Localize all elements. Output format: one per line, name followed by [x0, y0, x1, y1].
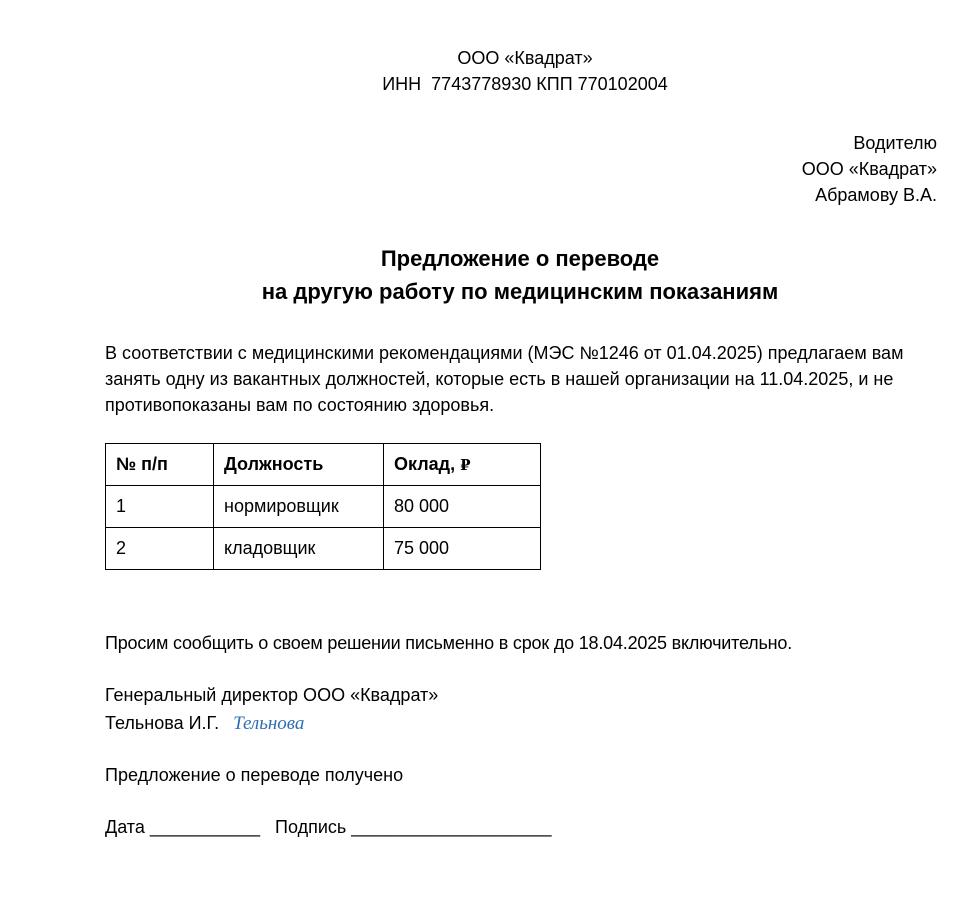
table-row: 2 кладовщик 75 000 — [106, 528, 541, 570]
header-salary-label: Оклад, — [394, 454, 455, 474]
table-row: 1 нормировщик 80 000 — [106, 486, 541, 528]
addressee-company: ООО «Квадрат» — [802, 156, 937, 182]
request-text: Просим сообщить о своем решении письменн… — [105, 630, 792, 656]
sign-label: Подпись — [275, 817, 346, 837]
company-header: ООО «Квадрат» ИНН 7743778930 КПП 7701020… — [0, 45, 973, 97]
addressee-name: Абрамову В.А. — [802, 182, 937, 208]
body-paragraph: В соответствии с медицинскими рекомендац… — [105, 340, 945, 418]
signatory-block: Генеральный директор ООО «Квадрат» Тельн… — [105, 681, 438, 738]
addressee-block: Водителю ООО «Квадрат» Абрамову В.А. — [802, 130, 937, 208]
table-header-row: № п/п Должность Оклад, ₽ — [106, 444, 541, 486]
header-salary: Оклад, ₽ — [384, 444, 541, 486]
vacancies-table: № п/п Должность Оклад, ₽ 1 нормировщик 8… — [105, 443, 541, 570]
company-name: ООО «Квадрат» — [0, 45, 973, 71]
date-blank[interactable]: ___________ — [150, 817, 260, 837]
cell-salary: 75 000 — [384, 528, 541, 570]
cell-position: нормировщик — [214, 486, 384, 528]
title-line-1: Предложение о переводе — [0, 242, 973, 275]
cell-salary: 80 000 — [384, 486, 541, 528]
handwritten-signature: Тельнова — [233, 713, 304, 734]
addressee-position: Водителю — [802, 130, 937, 156]
cell-number: 1 — [106, 486, 214, 528]
signatory-title: Генеральный директор ООО «Квадрат» — [105, 681, 438, 709]
ruble-icon: ₽ — [460, 456, 470, 474]
signatory-name: Тельнова И.Г. — [105, 713, 219, 733]
company-requisites: ИНН 7743778930 КПП 770102004 — [0, 71, 973, 97]
header-position: Должность — [214, 444, 384, 486]
acknowledgement-line: Дата ___________ Подпись _______________… — [105, 814, 552, 840]
title-line-2: на другую работу по медицинским показани… — [0, 275, 973, 308]
sign-blank[interactable]: ____________________ — [351, 817, 551, 837]
cell-number: 2 — [106, 528, 214, 570]
signatory-line: Тельнова И.Г.Тельнова — [105, 709, 438, 738]
date-label: Дата — [105, 817, 145, 837]
document-title: Предложение о переводе на другую работу … — [0, 242, 973, 308]
cell-position: кладовщик — [214, 528, 384, 570]
header-number: № п/п — [106, 444, 214, 486]
received-text: Предложение о переводе получено — [105, 762, 403, 788]
